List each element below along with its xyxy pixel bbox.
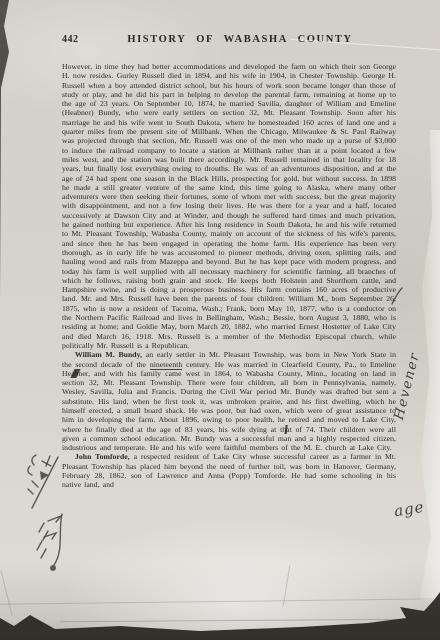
biography-subject-name: John Tomforde, — [75, 452, 134, 461]
page-surface: 442 HISTORY OF WABASHA COUNTY However, i… — [0, 0, 440, 640]
text-segment: However, in time they had better accommo… — [62, 62, 396, 350]
paper-crease — [283, 565, 291, 607]
text-segment: Heabner — [62, 369, 88, 378]
page-edge-curl — [414, 130, 440, 600]
pen-scribble-marks-left — [6, 444, 70, 580]
text-segment: that — [280, 425, 292, 434]
handwritten-correction-age: age — [393, 498, 426, 521]
running-title: HISTORY OF WABASHA COUNTY — [75, 34, 405, 45]
paragraph: William M. Bundy, an early settler in Mt… — [62, 350, 396, 452]
paper-crease — [60, 619, 420, 623]
book-page: 442 HISTORY OF WABASHA COUNTY However, i… — [0, 0, 440, 640]
paper-crease — [0, 598, 440, 604]
paragraph: However, in time they had better accommo… — [62, 62, 396, 350]
biography-subject-name: William M. Bundy, — [75, 350, 146, 359]
paragraph: John Tomforde, a respected resident of L… — [62, 452, 396, 489]
page-header: 442 HISTORY OF WABASHA COUNTY — [0, 34, 440, 50]
text-segment: century. He was married in Clearfield Co… — [182, 360, 396, 369]
paper-crease — [0, 571, 12, 616]
page-text: However, in time they had better accommo… — [62, 62, 396, 490]
